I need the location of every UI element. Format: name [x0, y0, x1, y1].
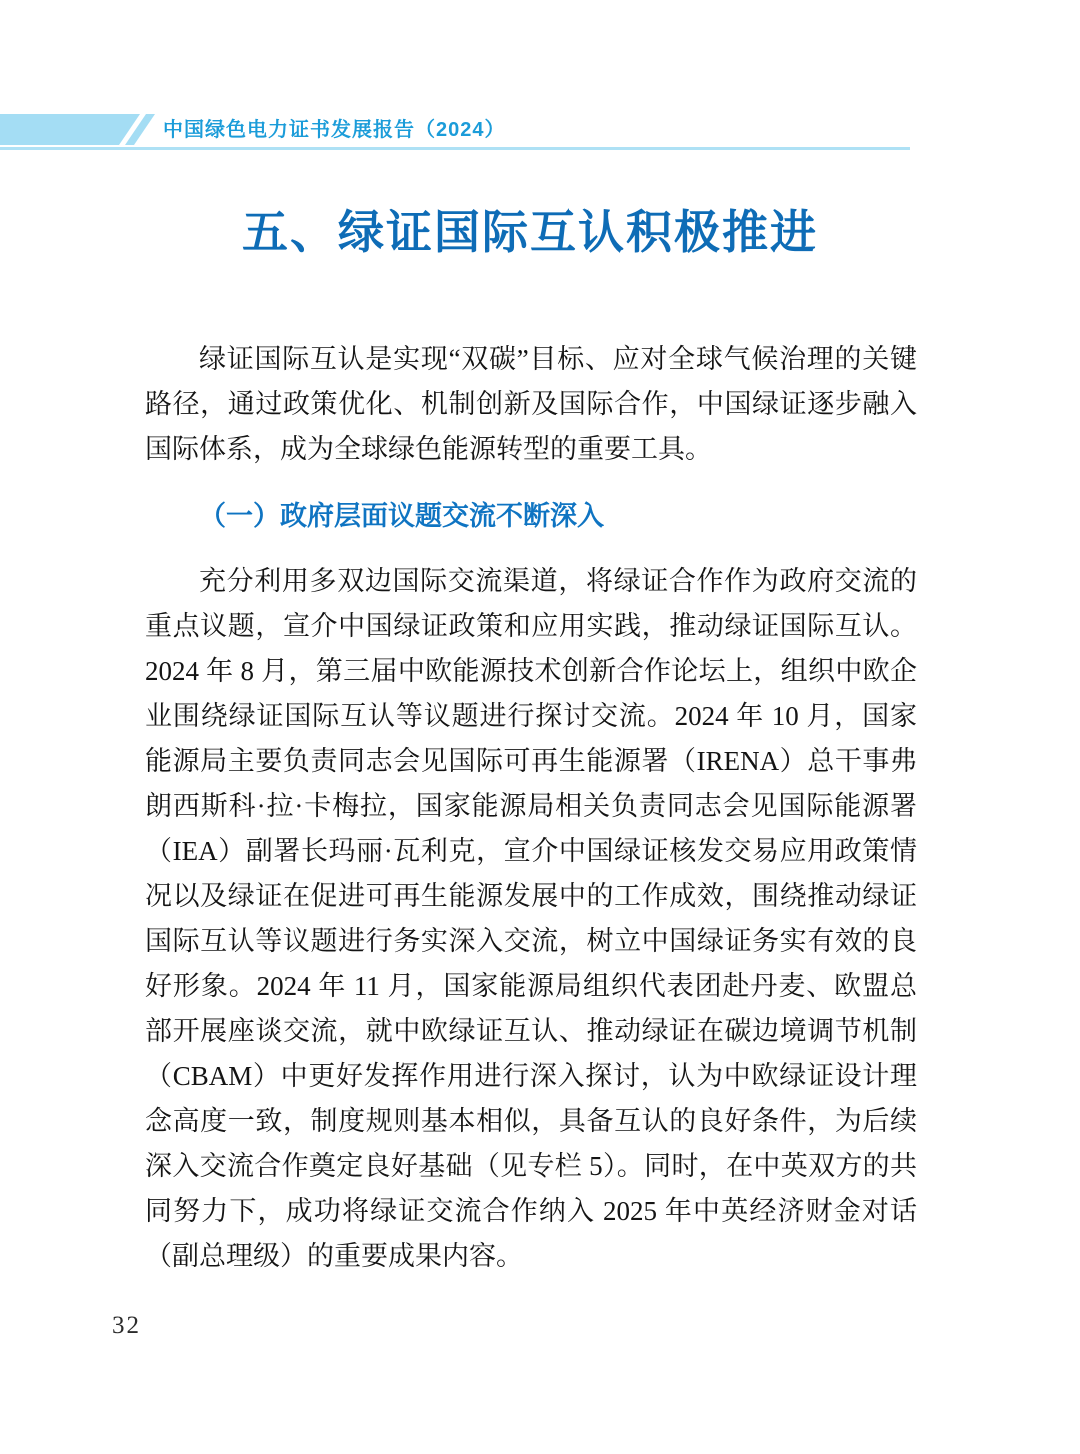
- chapter-title: 五、绿证国际互认积极推进: [145, 204, 915, 260]
- header-accent-bar: [0, 114, 140, 145]
- header-rule-line: [0, 147, 910, 150]
- page-number: 32: [112, 1312, 141, 1340]
- section-body-paragraph: 充分利用多双边国际交流渠道，将绿证合作作为政府交流的重点议题，宣介中国绿证政策和…: [145, 559, 917, 1279]
- section-heading: （一）政府层面议题交流不断深入: [145, 496, 917, 536]
- intro-paragraph: 绿证国际互认是实现“双碳”目标、应对全球气候治理的关键路径，通过政策优化、机制创…: [145, 337, 917, 472]
- report-header-title: 中国绿色电力证书发展报告（2024）: [163, 115, 506, 145]
